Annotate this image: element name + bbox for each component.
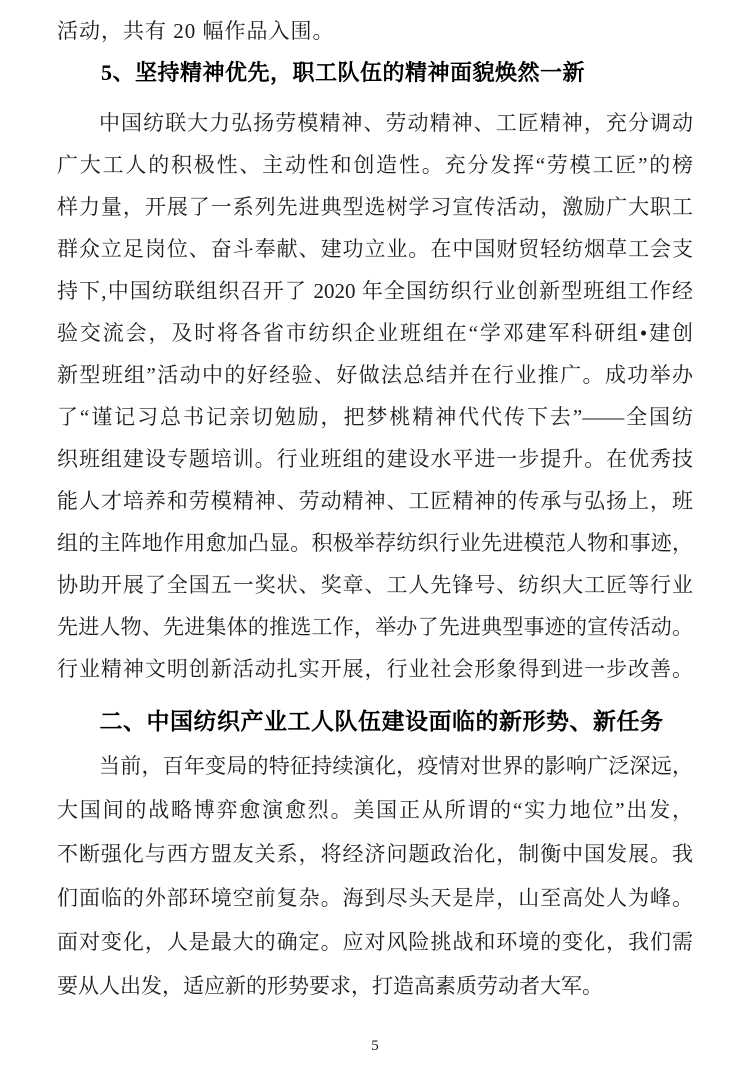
text-line: 中国纺联大力弘扬劳模精神、劳动精神、工匠精神，充分调动: [57, 102, 693, 144]
text-line: 大国间的战略博弈愈演愈烈。美国正从所谓的“实力地位”出发，: [57, 788, 693, 832]
text-line: 先进人物、先进集体的推选工作，举办了先进典型事迹的宣传活动。: [57, 606, 693, 648]
text-line: 要从人出发，适应新的形势要求，打造高素质劳动者大军。: [57, 964, 693, 1008]
text-line: 行业精神文明创新活动扎实开展，行业社会形象得到进一步改善。: [57, 648, 693, 690]
text-line: 织班组建设专题培训。行业班组的建设水平进一步提升。在优秀技: [57, 438, 693, 480]
text-line: 协助开展了全国五一奖状、奖章、工人先锋号、纺织大工匠等行业: [57, 564, 693, 606]
text-line: 能人才培养和劳模精神、劳动精神、工匠精神的传承与弘扬上，班: [57, 480, 693, 522]
page-number: 5: [0, 1035, 750, 1057]
text-line: 当前，百年变局的特征持续演化，疫情对世界的影响广泛深远，: [57, 744, 693, 788]
text-line: 了“谨记习总书记亲切勉励，把梦桃精神代代传下去”——全国纺: [57, 396, 693, 438]
text-line: 组的主阵地作用愈加凸显。积极举荐纺织行业先进模范人物和事迹，: [57, 522, 693, 564]
text-line: 新型班组”活动中的好经验、好做法总结并在行业推广。成功举办: [57, 354, 693, 396]
section-heading-2: 二、中国纺织产业工人队伍建设面临的新形势、新任务: [57, 701, 693, 741]
text-line: 不断强化与西方盟友关系，将经济问题政治化，制衡中国发展。我: [57, 832, 693, 876]
document-page: 活动，共有 20 幅作品入围。 5、坚持精神优先，职工队伍的精神面貌焕然一新 中…: [0, 0, 750, 1070]
section-5-paragraph: 中国纺联大力弘扬劳模精神、劳动精神、工匠精神，充分调动广大工人的积极性、主动性和…: [57, 102, 693, 690]
section-2-paragraph: 当前，百年变局的特征持续演化，疫情对世界的影响广泛深远，大国间的战略博弈愈演愈烈…: [57, 744, 693, 1008]
text-line: 面对变化，人是最大的确定。应对风险挑战和环境的变化，我们需: [57, 920, 693, 964]
text-line: 持下,中国纺联组织召开了 2020 年全国纺织行业创新型班组工作经: [57, 270, 693, 312]
text-line: 样力量，开展了一系列先进典型选树学习宣传活动，激励广大职工: [57, 186, 693, 228]
text-line: 们面临的外部环境空前复杂。海到尽头天是岸，山至高处人为峰。: [57, 876, 693, 920]
text-line: 广大工人的积极性、主动性和创造性。充分发挥“劳模工匠”的榜: [57, 144, 693, 186]
paragraph-continuation-line: 活动，共有 20 幅作品入围。: [57, 12, 693, 50]
text-line: 群众立足岗位、奋斗奉献、建功立业。在中国财贸轻纺烟草工会支: [57, 228, 693, 270]
text-line: 验交流会，及时将各省市纺织企业班组在“学邓建军科研组•建创: [57, 312, 693, 354]
section-heading-5: 5、坚持精神优先，职工队伍的精神面貌焕然一新: [57, 53, 693, 93]
